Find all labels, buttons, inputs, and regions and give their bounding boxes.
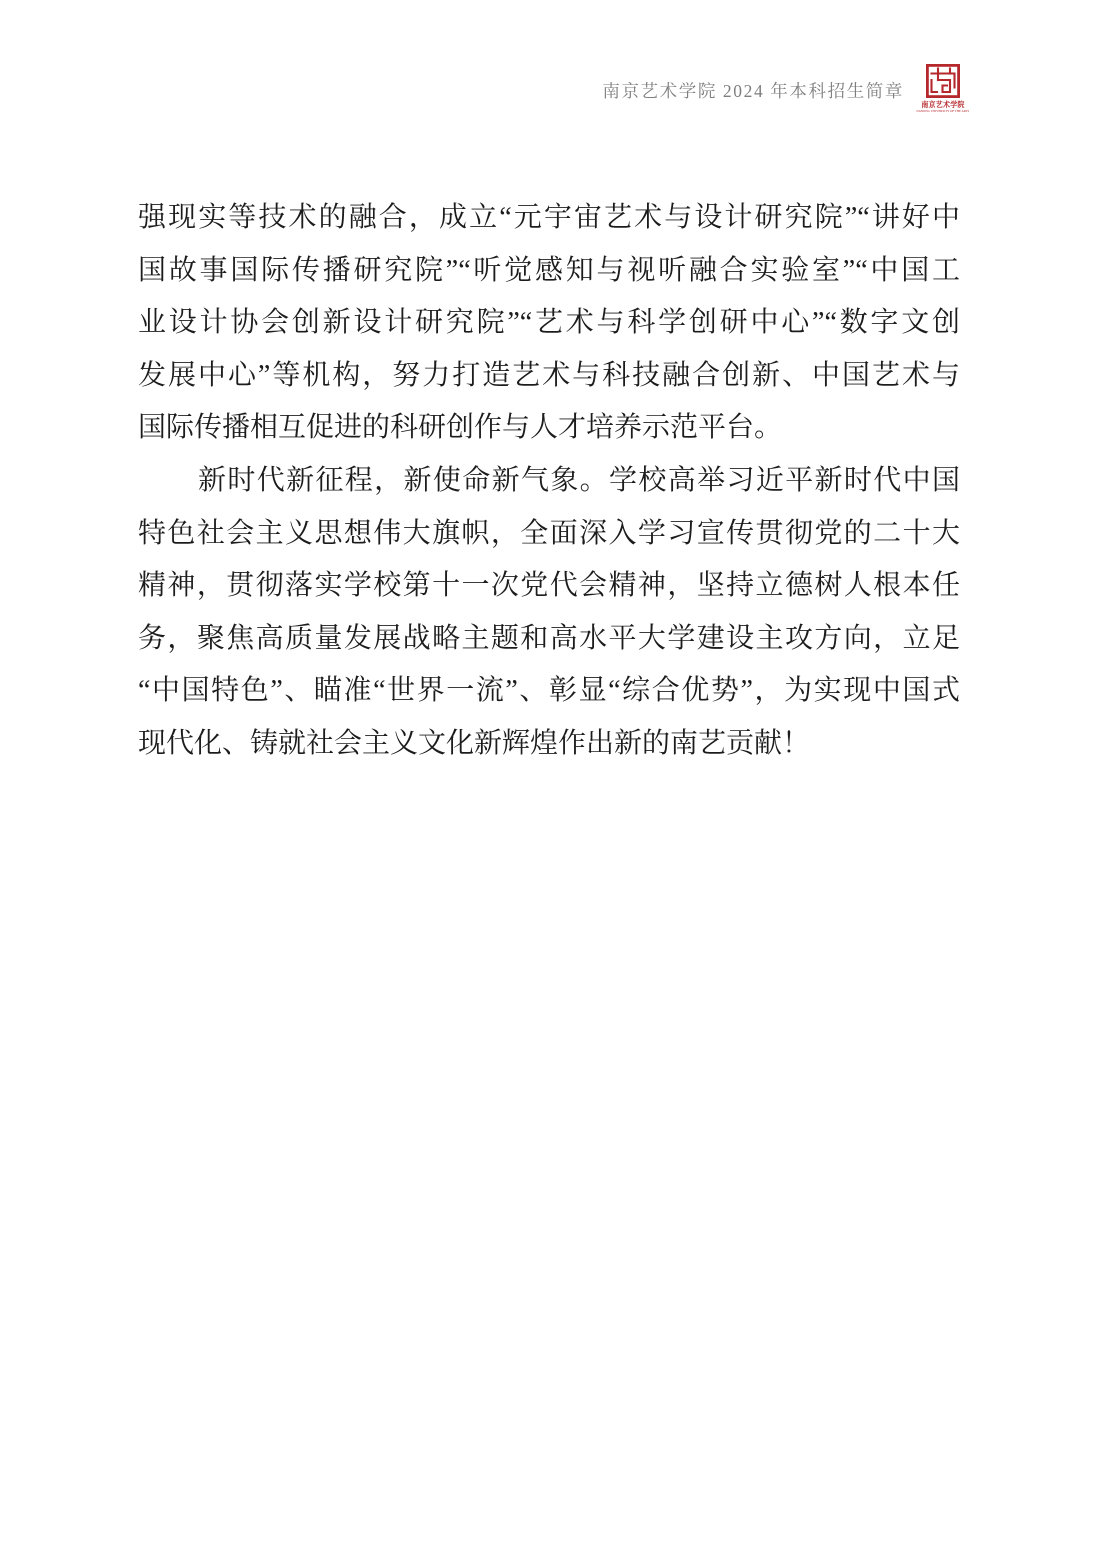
document-body: 强现实等技术的融合，成立“元宇宙艺术与设计研究院”“讲好中 国故事国际传播研究院… [138, 192, 960, 771]
text-line: 国故事国际传播研究院”“听觉感知与视听融合实验室”“中国工 [138, 245, 960, 298]
logo-caption: 南京艺术学院 [921, 100, 964, 111]
paragraph: 强现实等技术的融合，成立“元宇宙艺术与设计研究院”“讲好中 国故事国际传播研究院… [138, 192, 960, 455]
logo-caption-sub: NANJING UNIVERSITY OF THE ARTS [917, 110, 970, 113]
document-page: 南京艺术学院 2024 年本科招生简章 南京艺术学院 NANJING UNIVE… [0, 0, 1102, 1559]
text-line: 特色社会主义思想伟大旗帜，全面深入学习宣传贯彻党的二十大 [138, 508, 960, 561]
text-line: 业设计协会创新设计研究院”“艺术与科学创研中心”“数字文创 [138, 297, 960, 350]
text-line: “中国特色”、瞄准“世界一流”、彰显“综合优势”，为实现中国式 [138, 665, 960, 718]
text-line: 精神，贯彻落实学校第十一次党代会精神，坚持立德树人根本任 [138, 560, 960, 613]
text-line: 发展中心”等机构，努力打造艺术与科技融合创新、中国艺术与 [138, 350, 960, 403]
text-line: 国际传播相互促进的科研创作与人才培养示范平台。 [138, 402, 960, 455]
university-seal-icon [926, 64, 960, 98]
header-title: 南京艺术学院 2024 年本科招生简章 [602, 78, 904, 103]
text-line: 强现实等技术的融合，成立“元宇宙艺术与设计研究院”“讲好中 [138, 192, 960, 245]
university-logo: 南京艺术学院 NANJING UNIVERSITY OF THE ARTS [919, 64, 967, 115]
text-line: 现代化、铸就社会主义文化新辉煌作出新的南艺贡献！ [138, 718, 960, 771]
text-line: 新时代新征程，新使命新气象。学校高举习近平新时代中国 [138, 455, 960, 508]
text-line: 务，聚焦高质量发展战略主题和高水平大学建设主攻方向，立足 [138, 613, 960, 666]
paragraph: 新时代新征程，新使命新气象。学校高举习近平新时代中国 特色社会主义思想伟大旗帜，… [138, 455, 960, 771]
